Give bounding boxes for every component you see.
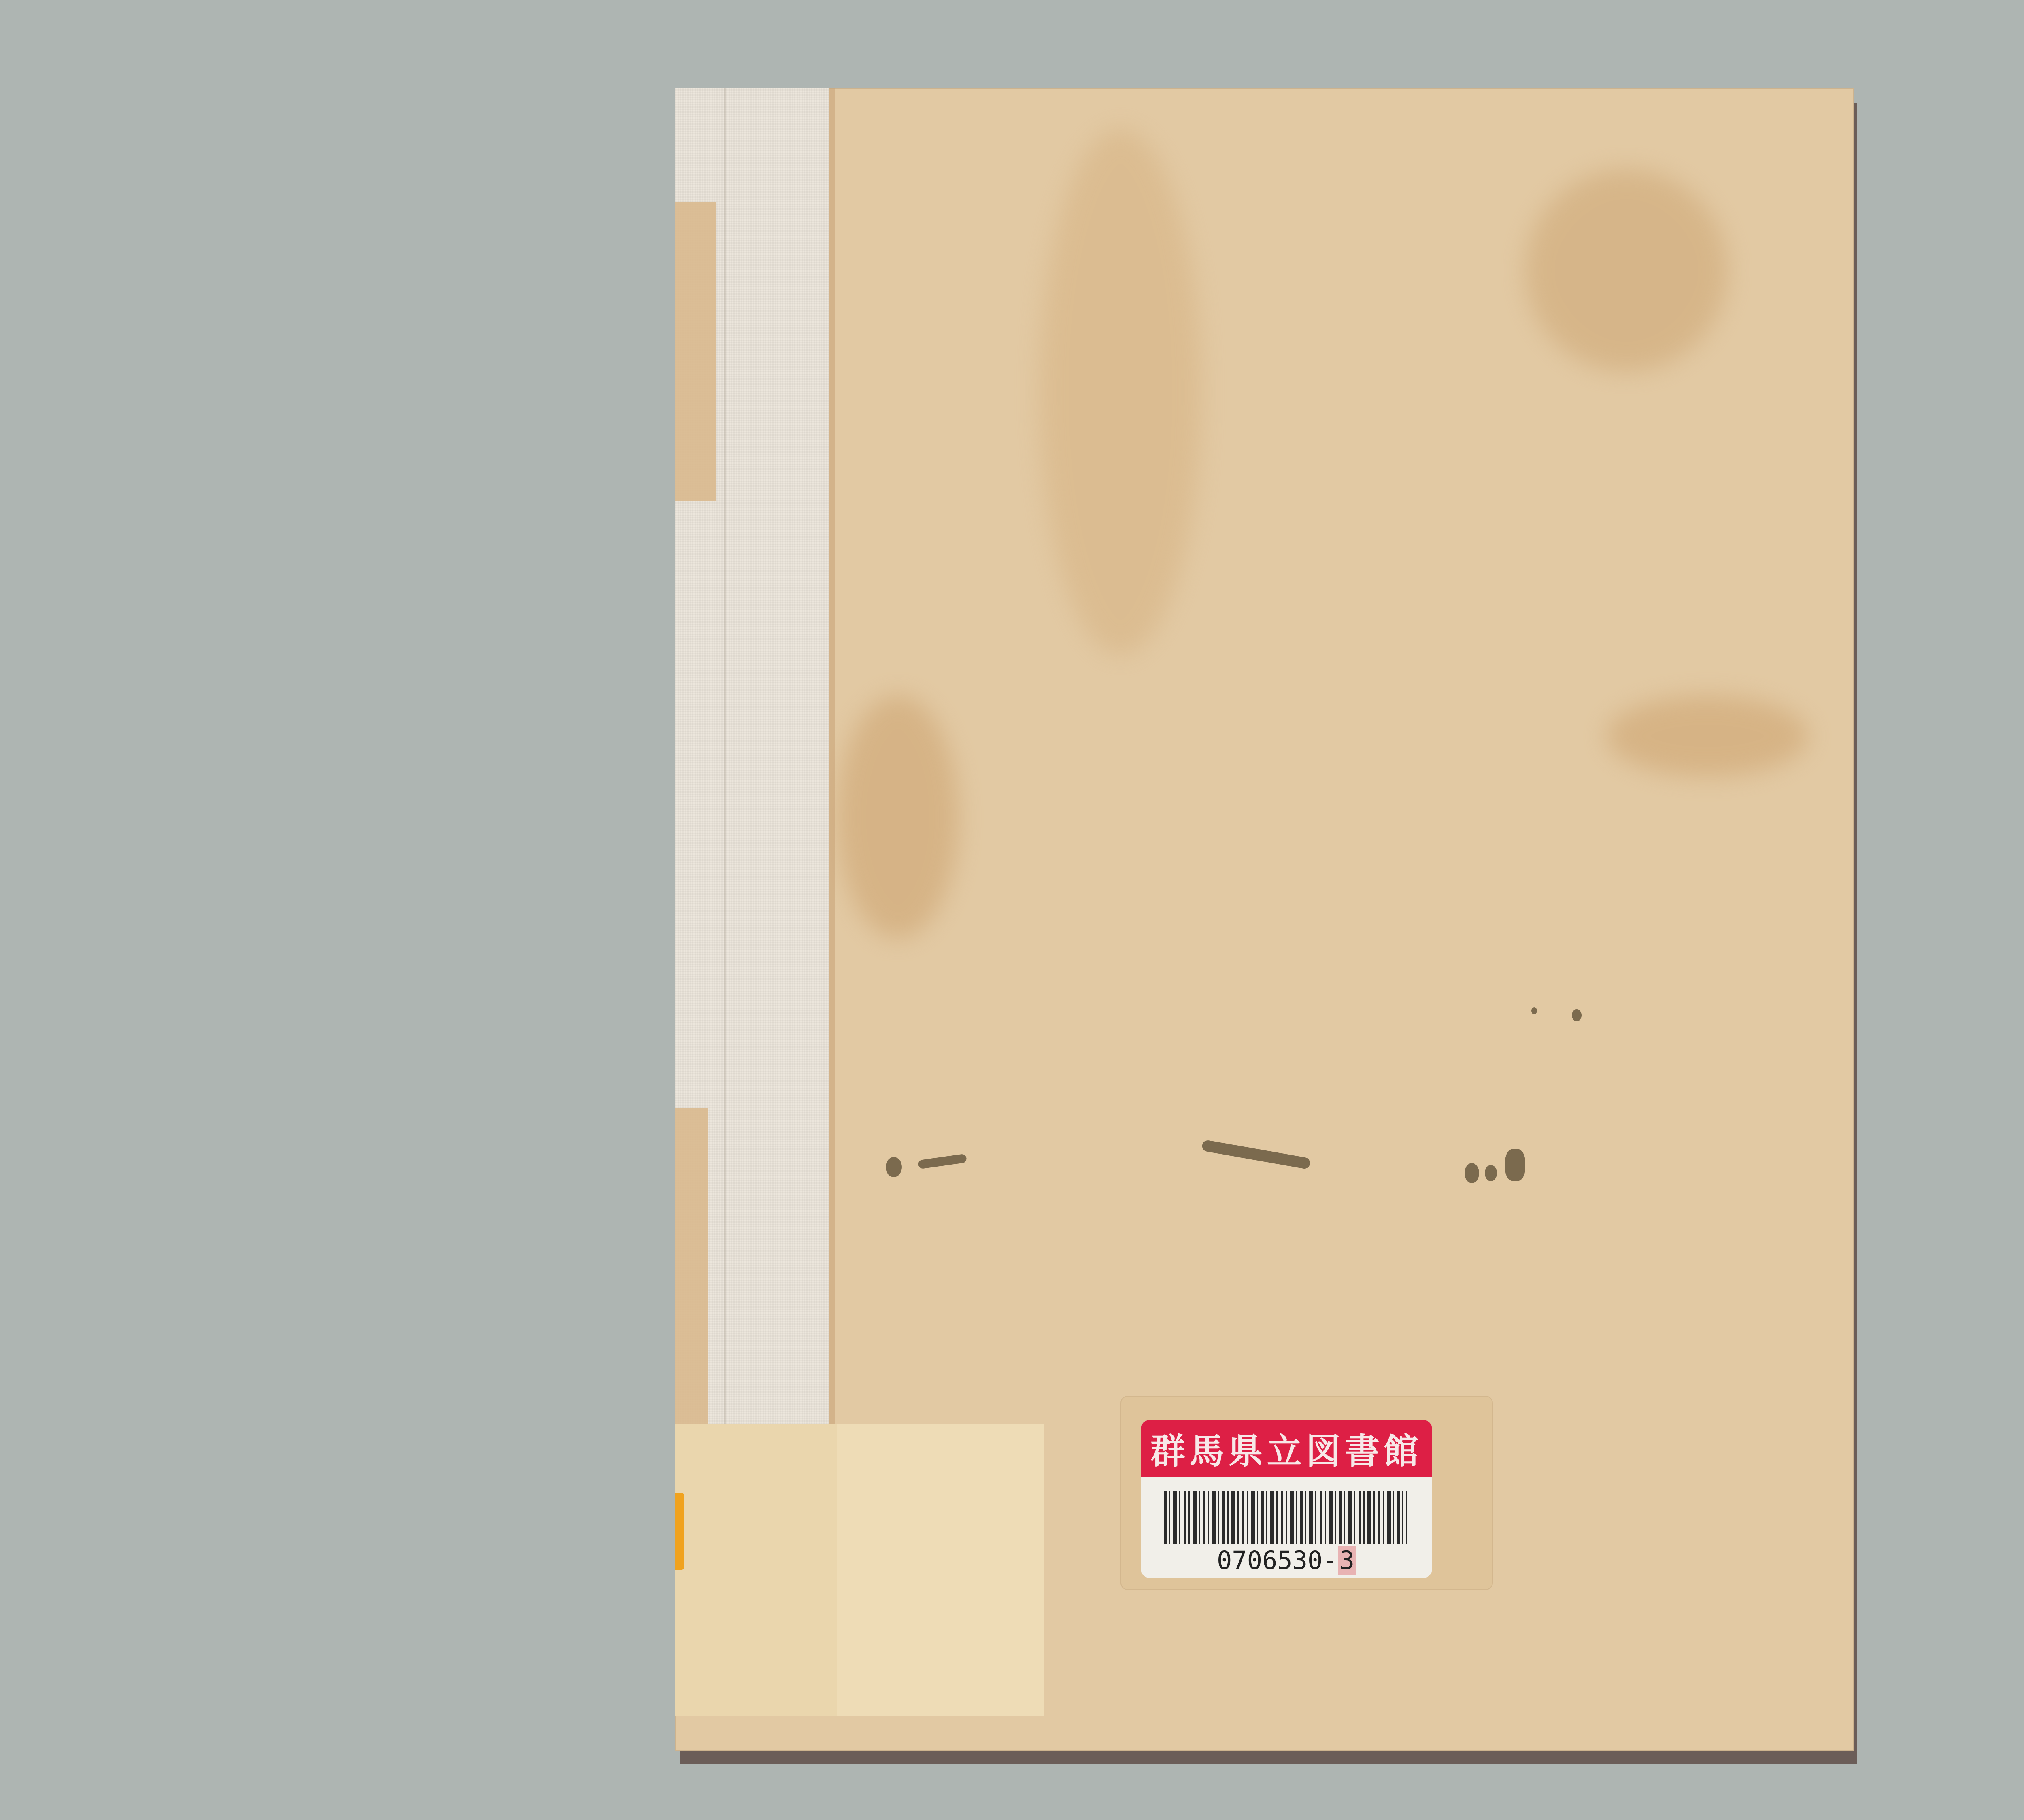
water-stain [1606, 695, 1809, 776]
barcode-number: 0706530-3 [1141, 1546, 1432, 1575]
repair-tape-left [675, 1424, 837, 1716]
library-name: 群馬県立図書館 [1141, 1420, 1432, 1477]
ink-splatter [1465, 1163, 1479, 1183]
ink-splatter [1201, 1140, 1311, 1169]
barcode-icon [1164, 1491, 1407, 1544]
spine-label-remnant [675, 1108, 708, 1428]
ink-splatter [1505, 1149, 1525, 1181]
orange-tab-marker [675, 1493, 684, 1570]
library-barcode-label: 群馬県立図書館 0706530-3 [1141, 1420, 1432, 1578]
water-stain [837, 695, 959, 938]
spine-label-remnant [675, 202, 716, 501]
repair-tape-right [837, 1424, 1044, 1716]
ink-splatter [1531, 1007, 1537, 1014]
spine-crease [724, 88, 726, 1424]
water-stain [1525, 169, 1728, 372]
ink-splatter [918, 1154, 967, 1169]
ink-splatter [1485, 1165, 1497, 1181]
ink-splatter [1572, 1009, 1582, 1021]
cover-paper-edge [829, 88, 835, 1424]
water-stain [1040, 129, 1201, 655]
barcode-check-digit: 3 [1338, 1546, 1356, 1575]
ink-splatter [886, 1157, 902, 1177]
barcode-digits: 0706530- [1217, 1546, 1338, 1575]
